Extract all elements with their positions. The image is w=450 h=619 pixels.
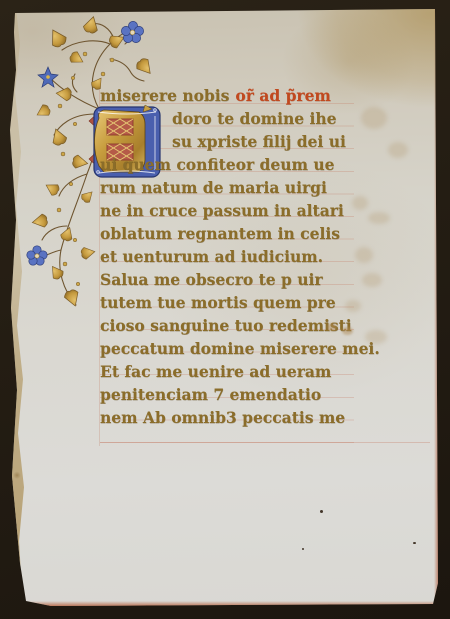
show-through-stain bbox=[361, 107, 387, 129]
dark-speck bbox=[413, 542, 416, 544]
manuscript-line: Salua me obsecro te p uir bbox=[100, 268, 358, 291]
manuscript-line: rum natum de maria uirgi bbox=[100, 176, 358, 199]
tan-spot bbox=[327, 323, 337, 331]
blue-flower-top-icon bbox=[121, 21, 143, 42]
show-through-stain bbox=[355, 247, 373, 263]
show-through-stain bbox=[368, 212, 390, 224]
show-through-stain bbox=[345, 300, 361, 312]
show-through-stain bbox=[362, 273, 382, 287]
dark-speck bbox=[320, 510, 323, 513]
manuscript-line: ne in cruce passum in altari bbox=[100, 199, 358, 222]
manuscript-line: tutem tue mortis quem pre bbox=[100, 291, 358, 314]
manuscript-line: et uenturum ad iudicium. bbox=[100, 245, 358, 268]
photo-background: miserere nobisor̃ ad p̃rem doro te domin… bbox=[0, 0, 450, 619]
manuscript-line: peccatum domine miserere mei. bbox=[100, 337, 358, 360]
red-stained-edge-bottom bbox=[17, 601, 439, 607]
manuscript-leaf: miserere nobisor̃ ad p̃rem doro te domin… bbox=[7, 8, 439, 607]
show-through-stain bbox=[365, 330, 387, 344]
ruling-line-long bbox=[100, 442, 430, 443]
heading-row: miserere nobisor̃ ad p̃rem bbox=[100, 84, 358, 107]
heading-rubric-text: or̃ ad p̃rem bbox=[235, 86, 330, 105]
tan-spot bbox=[342, 327, 353, 335]
manuscript-line: oblatum regnantem in celis bbox=[100, 222, 358, 245]
manuscript-line: su xpriste filij dei ui bbox=[100, 130, 358, 153]
show-through-stain bbox=[352, 196, 368, 210]
dark-speck bbox=[302, 548, 304, 550]
text-block: miserere nobisor̃ ad p̃rem doro te domin… bbox=[100, 84, 358, 429]
manuscript-line: ui quem confiteor deum ue bbox=[100, 153, 358, 176]
manuscript-line: penitenciam 7 emendatio bbox=[100, 383, 358, 406]
manuscript-line: Et fac me uenire ad ueram bbox=[100, 360, 358, 383]
show-through-stain bbox=[388, 142, 408, 158]
red-stained-edge-right bbox=[434, 8, 439, 607]
manuscript-line: doro te domine ihe bbox=[100, 107, 358, 130]
manuscript-line: nem Ab omnib3 peccatis me bbox=[100, 406, 358, 429]
blue-flower-bottom-icon bbox=[27, 246, 47, 265]
manuscript-line: cioso sanguine tuo redemisti bbox=[100, 314, 358, 337]
blue-star-flower-icon bbox=[38, 67, 58, 87]
heading-gold-text: miserere nobis bbox=[100, 86, 229, 105]
